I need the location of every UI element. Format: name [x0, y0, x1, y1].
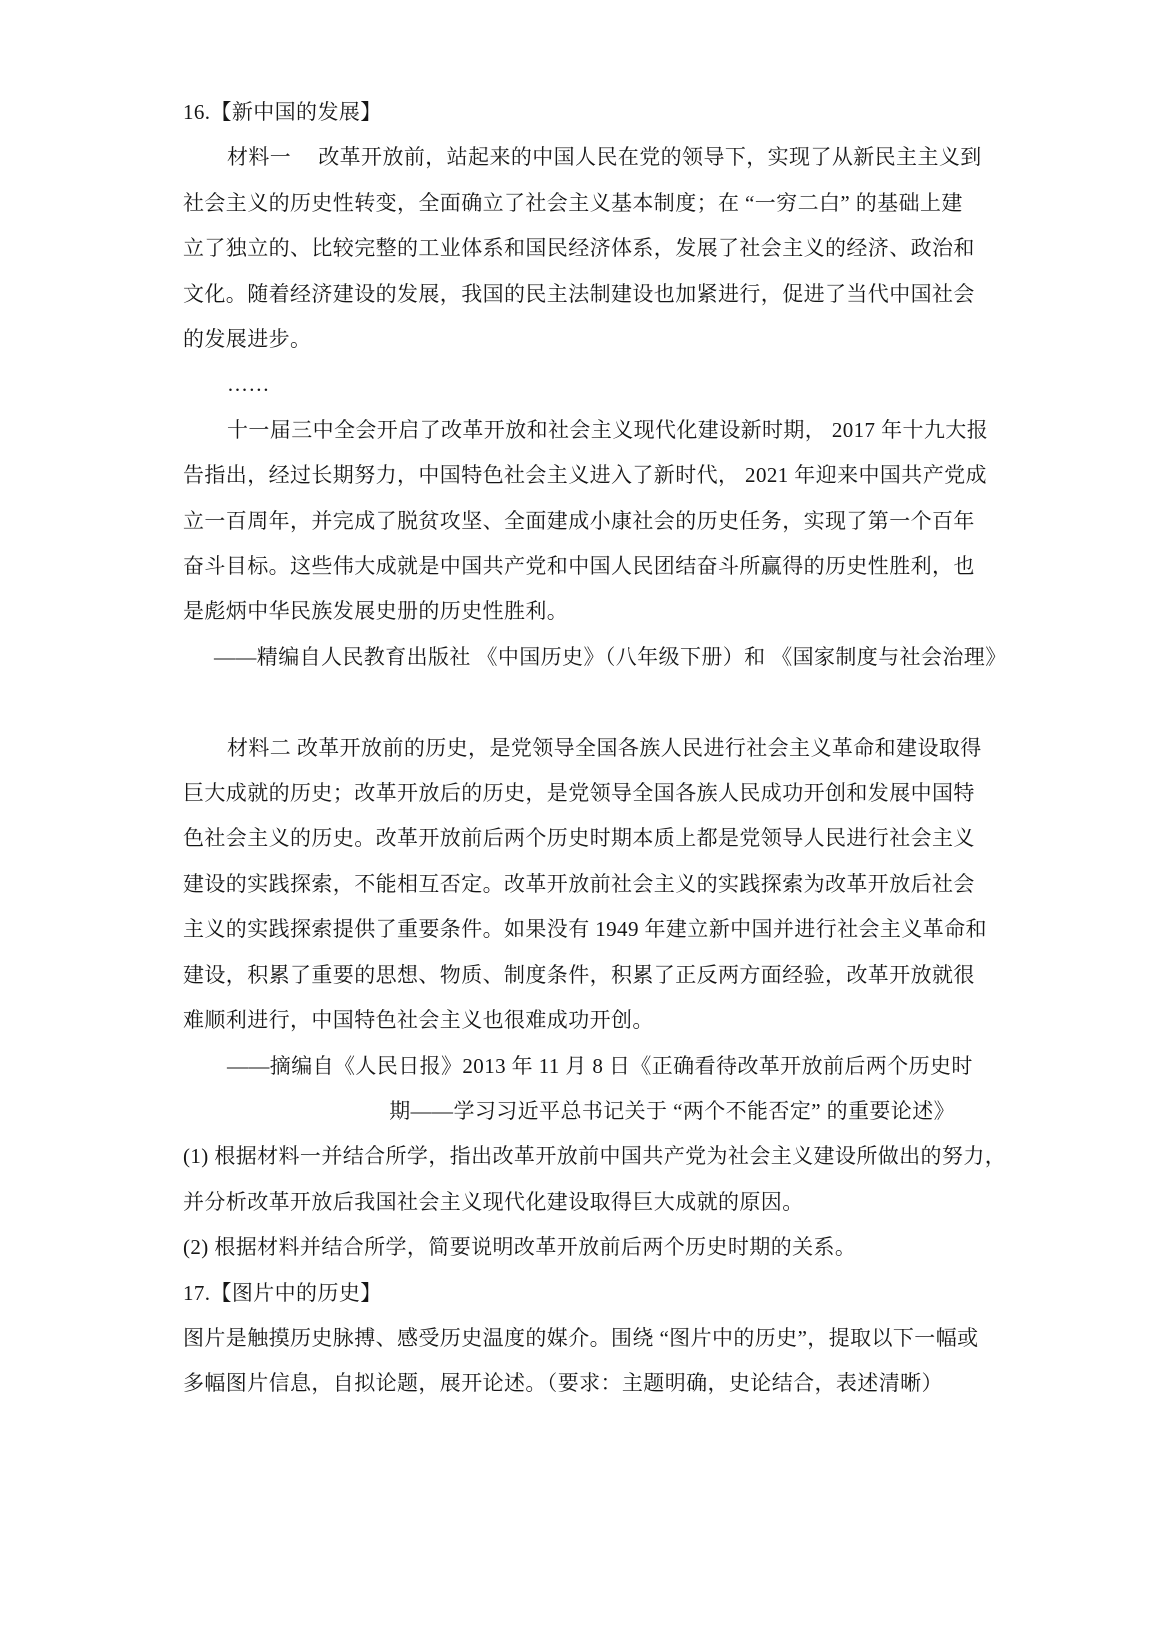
material-2-line: 主义的实践探索提供了重要条件。如果没有 1949 年建立新中国并进行社会主义革命… [183, 907, 983, 952]
question-16-heading: 16.【新中国的发展】 [183, 90, 983, 135]
material-1-line: 是彪炳中华民族发展史册的历史性胜利。 [183, 589, 983, 634]
document-page: 16.【新中国的发展】 材料一 改革开放前，站起来的中国人民在党的领导下，实现了… [0, 0, 1158, 1638]
material-2-source-line-1: ——摘编自《人民日报》2013 年 11 月 8 日《正确看待改革开放前后两个历… [183, 1044, 983, 1089]
question-17-section: 17.【图片中的历史】 图片是触摸历史脉搏、感受历史温度的媒介。围绕 “图片中的… [183, 1271, 983, 1407]
subquestion-1-line: 并分析改革开放后我国社会主义现代化建设取得巨大成就的原因。 [183, 1180, 983, 1225]
material-2-line: 材料二 改革开放前的历史，是党领导全国各族人民进行社会主义革命和建设取得 [183, 726, 983, 771]
material-2-line: 色社会主义的历史。改革开放前后两个历史时期本质上都是党领导人民进行社会主义 [183, 816, 983, 861]
question-17-heading: 17.【图片中的历史】 [183, 1271, 983, 1316]
material-1-line: 奋斗目标。这些伟大成就是中国共产党和中国人民团结奋斗所赢得的历史性胜利，也 [183, 544, 983, 589]
material-1-line: 立一百周年，并完成了脱贫攻坚、全面建成小康社会的历史任务，实现了第一个百年 [183, 499, 983, 544]
material-2-line: 难顺利进行，中国特色社会主义也很难成功开创。 [183, 998, 983, 1043]
question-16-section: 16.【新中国的发展】 材料一 改革开放前，站起来的中国人民在党的领导下，实现了… [183, 90, 983, 1271]
exam-text: 16.【新中国的发展】 材料一 改革开放前，站起来的中国人民在党的领导下，实现了… [183, 90, 983, 1407]
material-1-source: ——精编自人民教育出版社 《中国历史》（八年级下册）和 《国家制度与社会治理》 [183, 635, 983, 680]
material-1-line: 社会主义的历史性转变，全面确立了社会主义基本制度；在 “一穷二白” 的基础上建 [183, 181, 983, 226]
material-2-source-line-2: 期——学习习近平总书记关于 “两个不能否定” 的重要论述》 [183, 1089, 983, 1134]
material-1-ellipsis: …… [183, 362, 983, 407]
material-1-line: 十一届三中全会开启了改革开放和社会主义现代化建设新时期， 2017 年十九大报 [183, 408, 983, 453]
material-1-line: 材料一 改革开放前，站起来的中国人民在党的领导下，实现了从新民主主义到 [183, 135, 983, 180]
subquestion-2: (2) 根据材料并结合所学，简要说明改革开放前后两个历史时期的关系。 [183, 1225, 983, 1270]
subquestion-1-line: (1) 根据材料一并结合所学，指出改革开放前中国共产党为社会主义建设所做出的努力… [183, 1134, 983, 1179]
material-2-line: 巨大成就的历史；改革开放后的历史，是党领导全国各族人民成功开创和发展中国特 [183, 771, 983, 816]
material-1-line: 的发展进步。 [183, 317, 983, 362]
question-17-intro-line: 多幅图片信息，自拟论题，展开论述。（要求：主题明确，史论结合，表述清晰） [183, 1361, 983, 1406]
material-1-line: 告指出，经过长期努力，中国特色社会主义进入了新时代， 2021 年迎来中国共产党… [183, 453, 983, 498]
question-17-intro-line: 图片是触摸历史脉搏、感受历史温度的媒介。围绕 “图片中的历史”，提取以下一幅或 [183, 1316, 983, 1361]
blank-line [183, 680, 983, 725]
material-2-line: 建设，积累了重要的思想、物质、制度条件，积累了正反两方面经验，改革开放就很 [183, 953, 983, 998]
material-1-line: 立了独立的、比较完整的工业体系和国民经济体系，发展了社会主义的经济、政治和 [183, 226, 983, 271]
material-2-line: 建设的实践探索，不能相互否定。改革开放前社会主义的实践探索为改革开放后社会 [183, 862, 983, 907]
material-1-line: 文化。随着经济建设的发展，我国的民主法制建设也加紧进行，促进了当代中国社会 [183, 272, 983, 317]
